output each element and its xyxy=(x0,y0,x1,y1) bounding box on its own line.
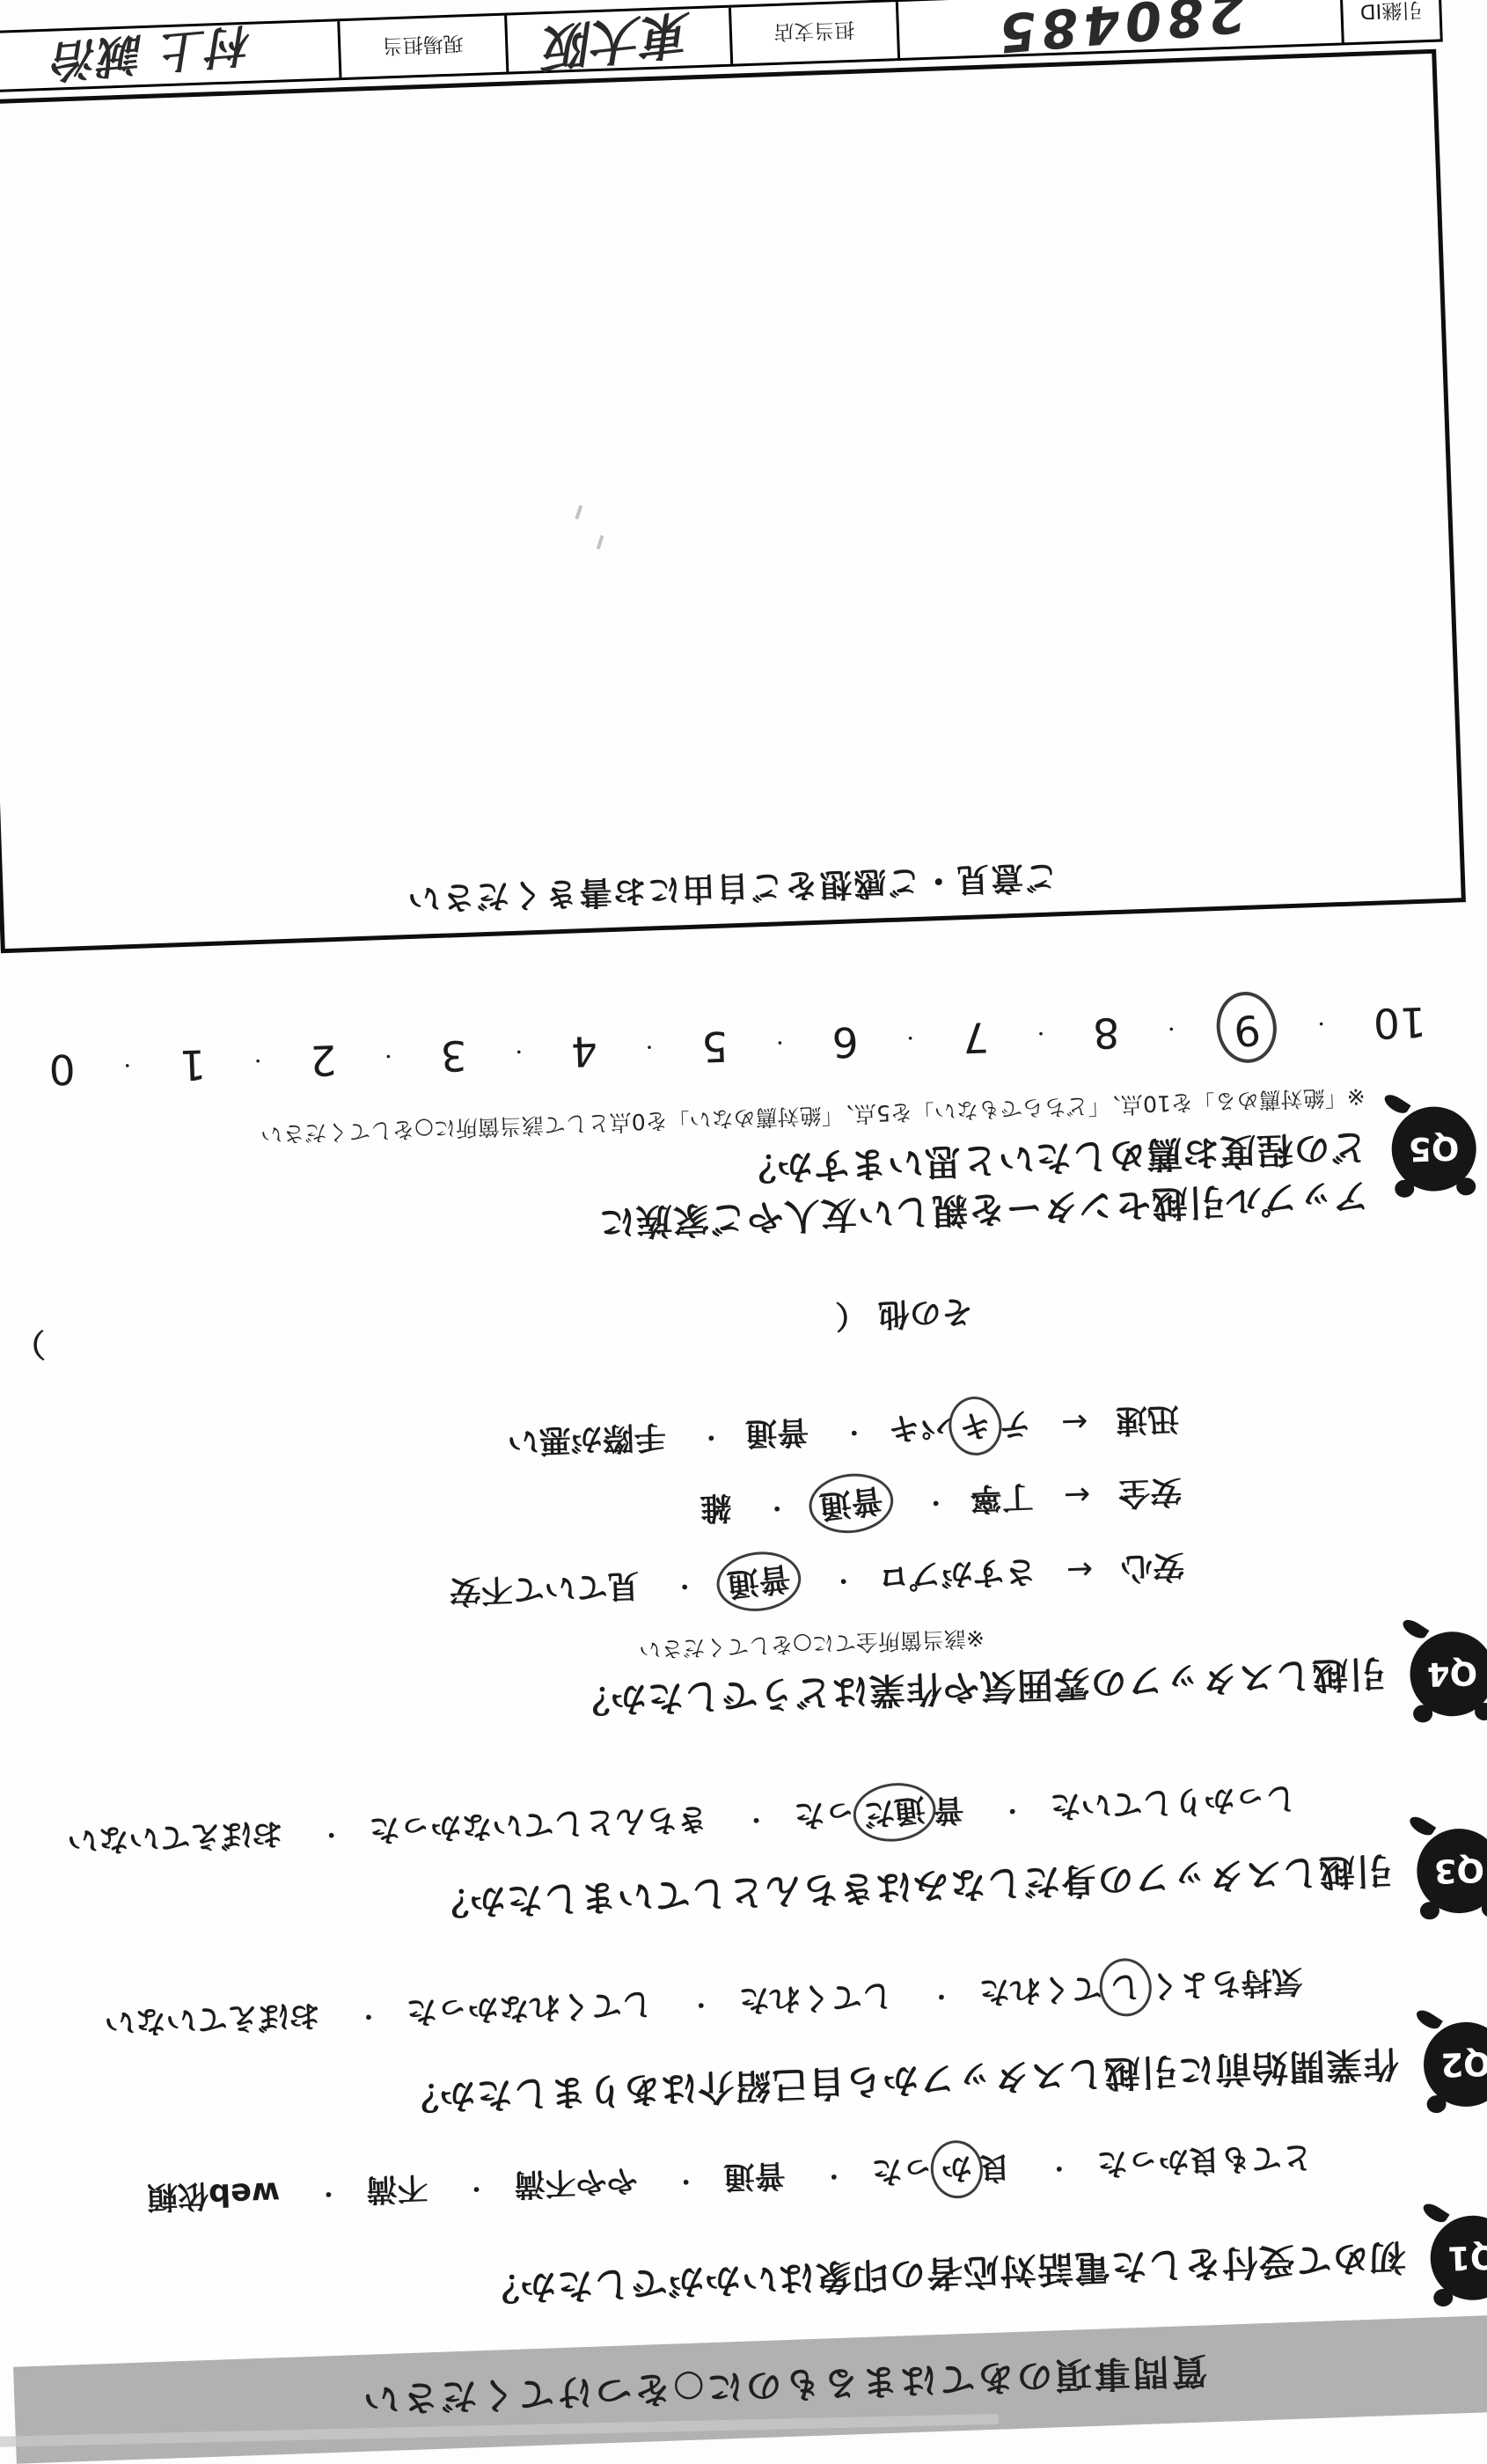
branch-label: 担当支店 xyxy=(729,2,897,64)
leaf-icon xyxy=(1414,2006,1443,2032)
q4-safety-option-2: 普通 xyxy=(810,1478,891,1529)
q3-option-2: 普通だった xyxy=(794,1786,965,1840)
scale-separator: ・ xyxy=(118,1053,136,1080)
option-separator: ・ xyxy=(831,1566,855,1599)
option-separator: ・ xyxy=(765,1492,789,1526)
scan-speck xyxy=(575,505,582,519)
comment-box-caption: ご意見・ご感想をご自由にお書きください xyxy=(4,841,1461,949)
q4-speed-option-2: 普通 xyxy=(744,1412,809,1458)
q4-row-safety: 安全← 丁寧・ 普通・ 雑 xyxy=(700,1468,1183,1533)
nps-4: 4 xyxy=(570,1026,598,1075)
option-separator: ・ xyxy=(822,2161,846,2195)
q4-safety-option-1: 丁寧 xyxy=(970,1477,1035,1523)
comment-box: ご意見・ご感想をご自由にお書きください xyxy=(0,49,1466,954)
scale-separator: ・ xyxy=(1312,1012,1330,1038)
nps-3: 3 xyxy=(440,1030,468,1080)
q4-other-close-paren: ） xyxy=(13,1324,47,1369)
selection-circle: か xyxy=(927,2138,986,2202)
leaf-icon xyxy=(1407,1814,1436,1839)
nps-7: 7 xyxy=(962,1012,990,1061)
option-separator: ・ xyxy=(674,2167,698,2200)
q2-mascot-icon: Q2 xyxy=(1422,2020,1487,2108)
handwritten-branch: 東大阪 xyxy=(542,1,696,86)
scale-separator: ・ xyxy=(771,1030,789,1057)
left-arrow-icon: ← xyxy=(1063,1476,1091,1513)
handwritten-manager-name: 村上 誠治 xyxy=(50,16,255,97)
q4-badge-label: Q4 xyxy=(1426,1654,1478,1694)
q4-speed-option-3: 手際が悪い xyxy=(507,1416,667,1466)
nps-scale: 10・ 9・ 8・ 7・ 6・ 5・ 4・ 3・ 2・ 1・ 0 xyxy=(48,994,1427,1096)
q4-row-speed-label: 迅速 xyxy=(1094,1398,1180,1446)
scale-separator: ・ xyxy=(641,1035,659,1061)
option-separator: ・ xyxy=(465,2174,488,2207)
scanned-survey-page: 質問事項のあてはまるものに○をつけてください Q1 初めて受付をした電話対応者の… xyxy=(0,0,1487,2438)
selection-circle: 普通 xyxy=(805,1469,896,1537)
q2-option-1-post: てくれた xyxy=(978,1969,1102,2009)
selection-circle: し xyxy=(1096,1955,1155,2020)
q1-option-2: 良かった xyxy=(871,2144,1012,2196)
nps-9: 9 xyxy=(1222,1000,1270,1055)
option-separator: ・ xyxy=(689,1990,713,2023)
q4-relief-option-2: 普通 xyxy=(718,1556,799,1607)
handover-id-value: 280485 xyxy=(896,0,1342,58)
q1-title: 初めて受付をした電話対応者の印象はいかがでしたか？ xyxy=(481,2234,1406,2319)
instruction-text: 質問事項のあてはまるものに○をつけてください xyxy=(360,2348,1208,2430)
selection-circle: 9 xyxy=(1212,988,1280,1067)
option-separator: ・ xyxy=(317,2179,341,2212)
branch-value: 東大阪 xyxy=(504,8,730,72)
q2-option-1: 気持ちよくしてくれた xyxy=(978,1957,1304,2016)
option-separator: ・ xyxy=(700,1422,723,1456)
q4-row-speed: 迅速← テキパキ・ 普通・ 手際が悪い xyxy=(507,1395,1180,1467)
q1-option-5: 不満 xyxy=(366,2167,429,2213)
q4-other-row: その他 （ ） xyxy=(4,1291,974,1369)
q3-title: 引越しスタッフの身だしなみはきちんとしていましたか？ xyxy=(431,1847,1393,1932)
q4-mascot-icon: Q4 xyxy=(1409,1631,1487,1718)
q4-speed-option-1-post: パキ xyxy=(888,1408,952,1446)
q4-safety-option-3: 雑 xyxy=(700,1487,733,1533)
selection-circle: 通だ xyxy=(850,1778,939,1846)
q2-badge-label: Q2 xyxy=(1440,2044,1487,2084)
scale-separator: ・ xyxy=(1032,1022,1051,1048)
q4-speed-option-1: テキパキ xyxy=(888,1400,1032,1454)
nps-0: 0 xyxy=(48,1044,77,1093)
q4-relief-option-1: さすがプロ xyxy=(877,1551,1037,1602)
option-separator: ・ xyxy=(744,1804,768,1837)
option-separator: ・ xyxy=(924,1487,948,1521)
q3-badge-label: Q3 xyxy=(1433,1852,1485,1891)
q4-row-safety-label: 安全 xyxy=(1096,1471,1183,1519)
nps-10: 10 xyxy=(1373,997,1427,1047)
option-separator: ・ xyxy=(1047,2153,1071,2187)
nps-2: 2 xyxy=(309,1035,337,1084)
q1-option-6: web依頼 xyxy=(146,2173,281,2221)
q5-mascot-icon: Q5 xyxy=(1390,1105,1477,1192)
selection-circle: キ xyxy=(946,1394,1006,1459)
survey-sheet: 質問事項のあてはまるものに○をつけてください Q1 初めて受付をした電話対応者の… xyxy=(0,0,1487,2438)
q1-option-3: 普通 xyxy=(723,2155,787,2201)
q1-option-1: とても良かった xyxy=(1096,2137,1314,2189)
scan-speck xyxy=(597,535,604,549)
question-5: Q5 アップル引越センターを親しい友人やご家族に どの程度お薦めしたいと思います… xyxy=(260,1078,1479,1259)
q4-speed-option-1-pre: テ xyxy=(999,1405,1031,1442)
q2-option-1-pre: 気持ちよく xyxy=(1148,1962,1303,2003)
left-arrow-icon: ← xyxy=(1066,1551,1094,1588)
option-separator: ・ xyxy=(842,1417,866,1450)
left-arrow-icon: ← xyxy=(1060,1403,1088,1440)
q3-mascot-icon: Q3 xyxy=(1416,1827,1487,1914)
question-1: Q1 初めて受付をした電話対応者の印象はいかがでしたか？ xyxy=(481,2214,1487,2335)
q2-option-3: してくれなかった xyxy=(406,1984,654,2036)
q1-badge-label: Q1 xyxy=(1447,2238,1487,2277)
scale-separator: ・ xyxy=(901,1026,919,1052)
nps-6: 6 xyxy=(831,1016,860,1066)
q4-relief-option-3: 見ていて不安 xyxy=(449,1565,641,1617)
handwritten-id: 280485 xyxy=(992,0,1249,64)
q1-option-2-post: った xyxy=(871,2152,934,2189)
q2-option-4: おぼえていない xyxy=(104,1995,321,2047)
q1-option-4: やや不満 xyxy=(514,2160,639,2209)
nps-8: 8 xyxy=(1092,1008,1120,1057)
q3-option-2-pre: 普 xyxy=(933,1792,964,1828)
scale-separator: ・ xyxy=(509,1039,528,1066)
site-manager-label: 現場担当 xyxy=(337,16,506,78)
nps-5: 5 xyxy=(700,1022,729,1071)
q4-row-relief-label: 安心 xyxy=(1099,1546,1185,1594)
handover-id-label: 引継ID xyxy=(1340,0,1440,42)
q4-other-label: その他 （ xyxy=(835,1293,974,1333)
q3-option-2-post: った xyxy=(794,1795,856,1832)
scale-separator: ・ xyxy=(249,1049,267,1075)
leaf-icon xyxy=(1381,1091,1410,1117)
q1-options: とても良かった・ 良かった・ 普通・ やや不満・ 不満・ web依頼 xyxy=(146,2133,1313,2221)
q3-option-1: しっかりしていた xyxy=(1050,1778,1298,1830)
q1-option-2-pre: 良 xyxy=(979,2149,1011,2185)
option-separator: ・ xyxy=(319,1819,343,1852)
q1-mascot-icon: Q1 xyxy=(1429,2214,1487,2301)
question-2: Q2 作業開始前に引越しスタッフから自己紹介はありましたか？ xyxy=(400,2020,1487,2144)
q5-text-block: アップル引越センターを親しい友人やご家族に どの程度お薦めしたいと思いますか？ … xyxy=(260,1082,1370,1259)
q5-badge-label: Q5 xyxy=(1408,1129,1460,1169)
option-separator: ・ xyxy=(1000,1795,1024,1829)
option-separator: ・ xyxy=(673,1571,697,1604)
scale-separator: ・ xyxy=(1162,1017,1181,1044)
q2-option-2: してくれた xyxy=(738,1976,894,2025)
q3-option-3: きちんとしていなかった xyxy=(369,1799,709,1854)
nps-1: 1 xyxy=(179,1039,207,1089)
site-manager-value: 村上 誠治 xyxy=(0,21,339,91)
leaf-icon xyxy=(1400,1617,1429,1642)
scale-separator: ・ xyxy=(379,1045,398,1071)
option-separator: ・ xyxy=(356,2001,380,2035)
leaf-icon xyxy=(1420,2200,1449,2226)
q3-option-4: おぼえていない xyxy=(67,1814,284,1866)
q4-row-relief: 安心← さすがプロ・ 普通・ 見ていて不安 xyxy=(449,1543,1185,1617)
option-separator: ・ xyxy=(929,1981,953,2014)
q2-title: 作業開始前に引越しスタッフから自己紹介はありましたか？ xyxy=(401,2041,1400,2128)
selection-circle: 普通 xyxy=(713,1547,803,1616)
